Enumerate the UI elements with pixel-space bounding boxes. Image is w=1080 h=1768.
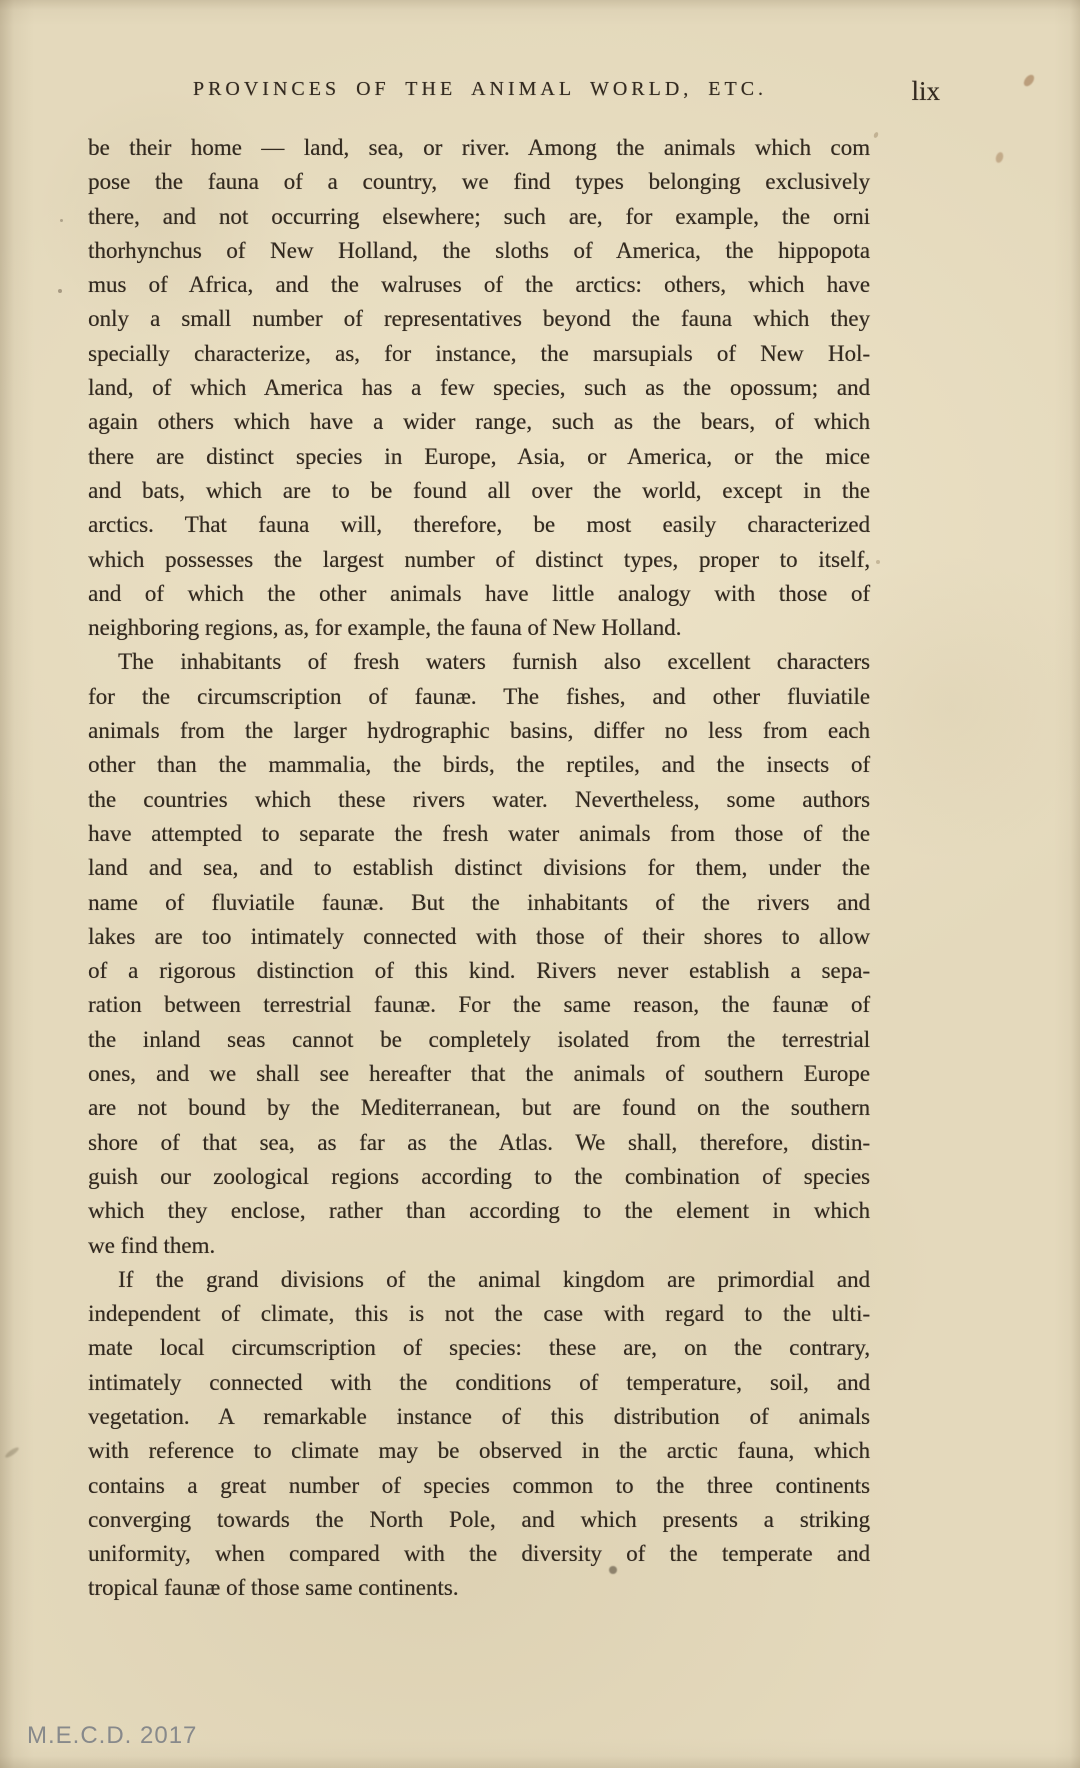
text-line: are not bound by the Mediterranean, but …	[88, 1091, 870, 1125]
running-header: PROVINCES OF THE ANIMAL WORLD, ETC.	[88, 78, 872, 101]
text-line: contains a great number of species commo…	[88, 1469, 870, 1503]
text-line: mus of Africa, and the walruses of the a…	[88, 268, 870, 302]
text-line: independent of climate, this is not the …	[88, 1297, 870, 1331]
text-line: other than the mammalia, the birds, the …	[88, 748, 870, 782]
foxing-speck	[58, 289, 62, 293]
text-line: for the circumscription of faunæ. The fi…	[88, 680, 870, 714]
text-line: ones, and we shall see hereafter that th…	[88, 1057, 870, 1091]
text-line: guish our zoological regions according t…	[88, 1160, 870, 1194]
text-line: shore of that sea, as far as the Atlas. …	[88, 1126, 870, 1160]
text-line: mate local circumscription of species: t…	[88, 1331, 870, 1365]
text-line: neighboring regions, as, for example, th…	[88, 611, 870, 645]
text-line: If the grand divisions of the animal kin…	[88, 1263, 870, 1297]
body-text: be their home — land, sea, or river. Amo…	[88, 131, 870, 1606]
text-line: we find them.	[88, 1229, 870, 1263]
foxing-speck	[1022, 73, 1036, 88]
text-line: ration between terrestrial faunæ. For th…	[88, 988, 870, 1022]
text-line: The inhabitants of fresh waters furnish …	[88, 645, 870, 679]
text-line: there, and not occurring elsewhere; such…	[88, 200, 870, 234]
text-line: land and sea, and to establish distinct …	[88, 851, 870, 885]
text-line: and of which the other animals have litt…	[88, 577, 870, 611]
text-line: intimately connected with the conditions…	[88, 1366, 870, 1400]
text-line: animals from the larger hydrographic bas…	[88, 714, 870, 748]
text-line: name of fluviatile faunæ. But the inhabi…	[88, 886, 870, 920]
text-line: have attempted to separate the fresh wat…	[88, 817, 870, 851]
text-line: and bats, which are to be found all over…	[88, 474, 870, 508]
text-line: only a small number of representatives b…	[88, 302, 870, 336]
page-number: lix	[911, 76, 940, 107]
text-line: the countries which these rivers water. …	[88, 783, 870, 817]
text-line: thorhynchus of New Holland, the sloths o…	[88, 234, 870, 268]
text-line: tropical faunæ of those same continents.	[88, 1571, 870, 1605]
text-line: pose the fauna of a country, we find typ…	[88, 165, 870, 199]
text-line: vegetation. A remarkable instance of thi…	[88, 1400, 870, 1434]
foxing-speck	[994, 151, 1004, 164]
text-line: again others which have a wider range, s…	[88, 405, 870, 439]
text-line: lakes are too intimately connected with …	[88, 920, 870, 954]
text-line: land, of which America has a few species…	[88, 371, 870, 405]
text-line: which they enclose, rather than accordin…	[88, 1194, 870, 1228]
foxing-speck	[873, 131, 879, 138]
watermark: M.E.C.D. 2017	[27, 1722, 197, 1750]
foxing-speck	[876, 560, 880, 564]
text-line: of a rigorous distinction of this kind. …	[88, 954, 870, 988]
header-title: PROVINCES OF THE ANIMAL WORLD, ETC.	[193, 78, 767, 100]
text-line: specially characterize, as, for instance…	[88, 337, 870, 371]
text-line: which possesses the largest number of di…	[88, 543, 870, 577]
text-line: the inland seas cannot be completely iso…	[88, 1023, 870, 1057]
scan-mark	[4, 1446, 20, 1459]
text-line: there are distinct species in Europe, As…	[88, 440, 870, 474]
book-page: PROVINCES OF THE ANIMAL WORLD, ETC. lix …	[0, 0, 1080, 1768]
text-line: converging towards the North Pole, and w…	[88, 1503, 870, 1537]
foxing-speck	[60, 219, 63, 222]
text-line: be their home — land, sea, or river. Amo…	[88, 131, 870, 165]
text-line: with reference to climate may be observe…	[88, 1434, 870, 1468]
text-line: arctics. That fauna will, therefore, be …	[88, 508, 870, 542]
text-line: uniformity, when compared with the diver…	[88, 1537, 870, 1571]
